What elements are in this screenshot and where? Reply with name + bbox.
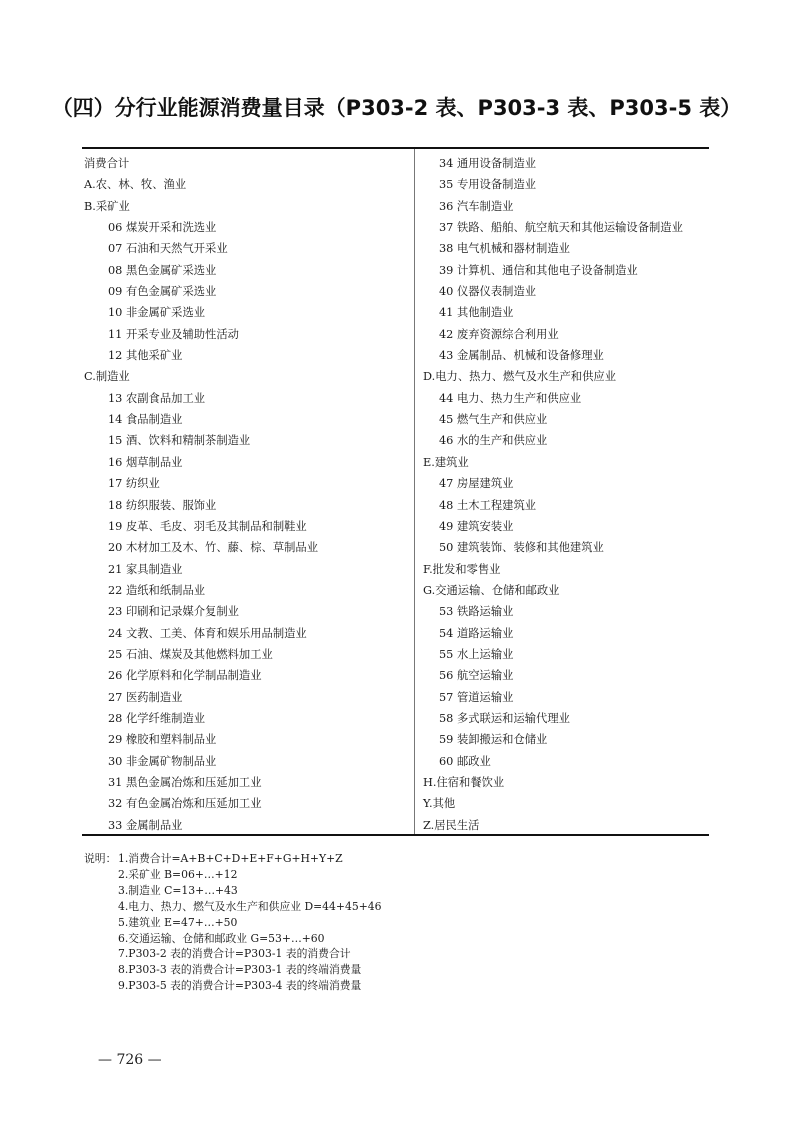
- catalog-category: Z.居民生活: [415, 815, 709, 836]
- notes-label: 说明：: [84, 851, 116, 867]
- catalog-subitem: 32 有色金属冶炼和压延加工业: [82, 793, 414, 814]
- catalog-subitem: 55 水上运输业: [415, 644, 709, 665]
- catalog-subitem: 22 造纸和纸制品业: [82, 580, 414, 601]
- catalog-subitem: 39 计算机、通信和其他电子设备制造业: [415, 260, 709, 281]
- catalog-subitem: 12 其他采矿业: [82, 345, 414, 366]
- catalog-subitem: 45 燃气生产和供应业: [415, 409, 709, 430]
- catalog-category: G.交通运输、仓储和邮政业: [415, 580, 709, 601]
- catalog-subitem: 15 酒、饮料和精制茶制造业: [82, 430, 414, 451]
- catalog-subitem: 42 废弃资源综合利用业: [415, 324, 709, 345]
- catalog-category: B.采矿业: [82, 196, 414, 217]
- catalog-subitem: 56 航空运输业: [415, 665, 709, 686]
- catalog-subitem: 41 其他制造业: [415, 302, 709, 323]
- catalog-subitem: 27 医药制造业: [82, 687, 414, 708]
- note-item: 7.P303-2 表的消费合计=P303-1 表的消费合计: [118, 946, 382, 962]
- catalog-subitem: 14 食品制造业: [82, 409, 414, 430]
- catalog-subitem: 16 烟草制品业: [82, 452, 414, 473]
- catalog-category: D.电力、热力、燃气及水生产和供应业: [415, 366, 709, 387]
- catalog-subitem: 25 石油、煤炭及其他燃料加工业: [82, 644, 414, 665]
- catalog-subitem: 59 装卸搬运和仓储业: [415, 729, 709, 750]
- catalog-subitem: 19 皮革、毛皮、羽毛及其制品和制鞋业: [82, 516, 414, 537]
- catalog-subitem: 34 通用设备制造业: [415, 153, 709, 174]
- note-item: 4.电力、热力、燃气及水生产和供应业 D=44+45+46: [118, 899, 382, 915]
- catalog-subitem: 30 非金属矿物制品业: [82, 751, 414, 772]
- catalog-subitem: 40 仪器仪表制造业: [415, 281, 709, 302]
- catalog-category: E.建筑业: [415, 452, 709, 473]
- catalog-subitem: 31 黑色金属冶炼和压延加工业: [82, 772, 414, 793]
- catalog-category: F.批发和零售业: [415, 559, 709, 580]
- note-item: 3.制造业 C=13+…+43: [118, 883, 382, 899]
- note-item: 9.P303-5 表的消费合计=P303-4 表的终端消费量: [118, 978, 382, 994]
- catalog-subitem: 46 水的生产和供应业: [415, 430, 709, 451]
- catalog-subitem: 08 黑色金属矿采选业: [82, 260, 414, 281]
- catalog-subitem: 49 建筑安装业: [415, 516, 709, 537]
- industry-catalog-table: 消费合计A.农、林、牧、渔业B.采矿业06 煤炭开采和洗选业07 石油和天然气开…: [82, 147, 709, 836]
- catalog-category: C.制造业: [82, 366, 414, 387]
- catalog-subitem: 24 文教、工美、体育和娱乐用品制造业: [82, 623, 414, 644]
- catalog-category: Y.其他: [415, 793, 709, 814]
- catalog-category: H.住宿和餐饮业: [415, 772, 709, 793]
- catalog-subitem: 21 家具制造业: [82, 559, 414, 580]
- catalog-subitem: 43 金属制品、机械和设备修理业: [415, 345, 709, 366]
- catalog-subitem: 06 煤炭开采和洗选业: [82, 217, 414, 238]
- catalog-subitem: 47 房屋建筑业: [415, 473, 709, 494]
- note-item: 1.消费合计=A+B+C+D+E+F+G+H+Y+Z: [118, 851, 382, 867]
- catalog-subitem: 57 管道运输业: [415, 687, 709, 708]
- catalog-subitem: 38 电气机械和器材制造业: [415, 238, 709, 259]
- catalog-subitem: 29 橡胶和塑料制品业: [82, 729, 414, 750]
- catalog-subitem: 33 金属制品业: [82, 815, 414, 836]
- catalog-subitem: 10 非金属矿采选业: [82, 302, 414, 323]
- page-title: （四）分行业能源消费量目录（P303-2 表、P303-3 表、P303-5 表…: [0, 92, 793, 122]
- catalog-left-column: 消费合计A.农、林、牧、渔业B.采矿业06 煤炭开采和洗选业07 石油和天然气开…: [82, 149, 415, 834]
- catalog-subitem: 26 化学原料和化学制品制造业: [82, 665, 414, 686]
- catalog-subitem: 54 道路运输业: [415, 623, 709, 644]
- page-number: — 726 —: [98, 1052, 162, 1068]
- catalog-subitem: 17 纺织业: [82, 473, 414, 494]
- note-item: 6.交通运输、仓储和邮政业 G=53+…+60: [118, 931, 382, 947]
- catalog-subitem: 13 农副食品加工业: [82, 388, 414, 409]
- note-item: 5.建筑业 E=47+…+50: [118, 915, 382, 931]
- catalog-subitem: 50 建筑装饰、装修和其他建筑业: [415, 537, 709, 558]
- catalog-subitem: 35 专用设备制造业: [415, 174, 709, 195]
- note-item: 8.P303-3 表的消费合计=P303-1 表的终端消费量: [118, 962, 382, 978]
- catalog-subitem: 44 电力、热力生产和供应业: [415, 388, 709, 409]
- catalog-subitem: 20 木材加工及木、竹、藤、棕、草制品业: [82, 537, 414, 558]
- catalog-subitem: 58 多式联运和运输代理业: [415, 708, 709, 729]
- catalog-category: 消费合计: [82, 153, 414, 174]
- catalog-subitem: 60 邮政业: [415, 751, 709, 772]
- notes-list: 1.消费合计=A+B+C+D+E+F+G+H+Y+Z2.采矿业 B=06+…+1…: [118, 851, 382, 994]
- catalog-subitem: 07 石油和天然气开采业: [82, 238, 414, 259]
- note-item: 2.采矿业 B=06+…+12: [118, 867, 382, 883]
- catalog-subitem: 09 有色金属矿采选业: [82, 281, 414, 302]
- catalog-subitem: 18 纺织服装、服饰业: [82, 495, 414, 516]
- catalog-subitem: 23 印刷和记录媒介复制业: [82, 601, 414, 622]
- catalog-subitem: 53 铁路运输业: [415, 601, 709, 622]
- catalog-right-column: 34 通用设备制造业35 专用设备制造业36 汽车制造业37 铁路、船舶、航空航…: [415, 149, 709, 834]
- catalog-subitem: 48 土木工程建筑业: [415, 495, 709, 516]
- catalog-subitem: 11 开采专业及辅助性活动: [82, 324, 414, 345]
- catalog-subitem: 37 铁路、船舶、航空航天和其他运输设备制造业: [415, 217, 709, 238]
- catalog-subitem: 36 汽车制造业: [415, 196, 709, 217]
- catalog-subitem: 28 化学纤维制造业: [82, 708, 414, 729]
- catalog-category: A.农、林、牧、渔业: [82, 174, 414, 195]
